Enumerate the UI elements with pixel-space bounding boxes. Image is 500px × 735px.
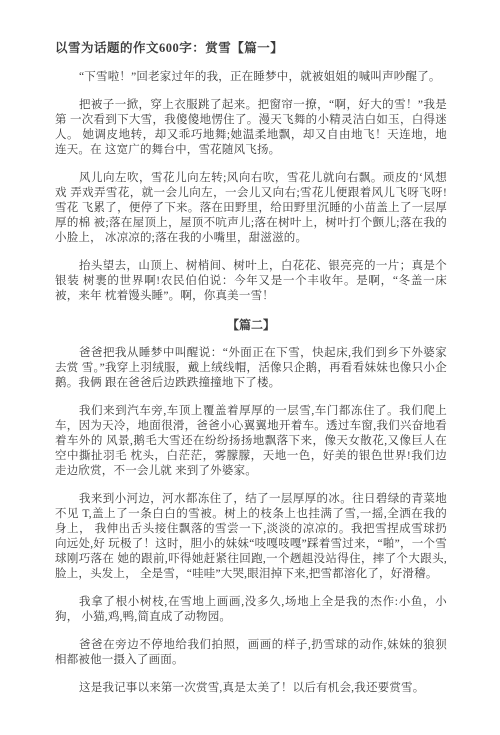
essay-document-page: 以雪为话题的作文600字：赏雪【篇一】 “下雪啦！”回老家过年的我，正在睡梦中，… <box>0 0 500 735</box>
paragraph: 这是我记事以来第一次赏雪,真是太美了！以后有机会,我还要赏雪。 <box>55 681 447 696</box>
paragraph: 我来到小河边，河水都冻住了，结了一层厚厚的冰。往日碧绿的青菜地不见 T,盖上了一… <box>55 492 447 582</box>
paragraph: 我们来到汽车旁,车顶上覆盖着厚厚的一层雪,车门都冻住了。我们爬上车，因为天冷，地… <box>55 404 447 479</box>
paragraph: 把被子一掀，穿上衣服跳了起来。把窗帘一撩，“啊，好大的雪！”我是第 一次看到下大… <box>55 98 447 158</box>
essay-section-2: 爸爸把我从睡梦中叫醒说：“外面正在下雪，快起床,我们到乡下外婆家去赏 雪。”我穿… <box>55 346 447 696</box>
paragraph: 爸爸在旁边不停地给我们拍照，画画的样子,扔雪球的动作,妹妹的狼狈 相都被他一摄入… <box>55 638 447 668</box>
essay-title: 以雪为话题的作文600字：赏雪【篇一】 <box>55 40 447 56</box>
paragraph: 爸爸把我从睡梦中叫醒说：“外面正在下雪，快起床,我们到乡下外婆家去赏 雪。”我穿… <box>55 346 447 391</box>
paragraph: 抬头望去，山顶上、树梢间、树叶上，白花花、银亮亮的一片；真是个银装 树裹的世界啊… <box>55 259 447 304</box>
section-2-heading: 【篇二】 <box>55 318 447 333</box>
essay-section-1: “下雪啦！”回老家过年的我，正在睡梦中，就被姐姐的喊叫声吵醒了。 把被子一掀，穿… <box>55 70 447 304</box>
paragraph: “下雪啦！”回老家过年的我，正在睡梦中，就被姐姐的喊叫声吵醒了。 <box>55 70 447 85</box>
paragraph: 风儿向左吹，雪花儿向左转;风向右吹，雪花儿就向右飘。顽皮的‘风想戏 弄戏弄雪花，… <box>55 171 447 246</box>
paragraph: 我拿了根小树枝,在雪地上画画,没多久,场地上全是我的杰作:小鱼，小狗， 小猫,鸡… <box>55 595 447 625</box>
